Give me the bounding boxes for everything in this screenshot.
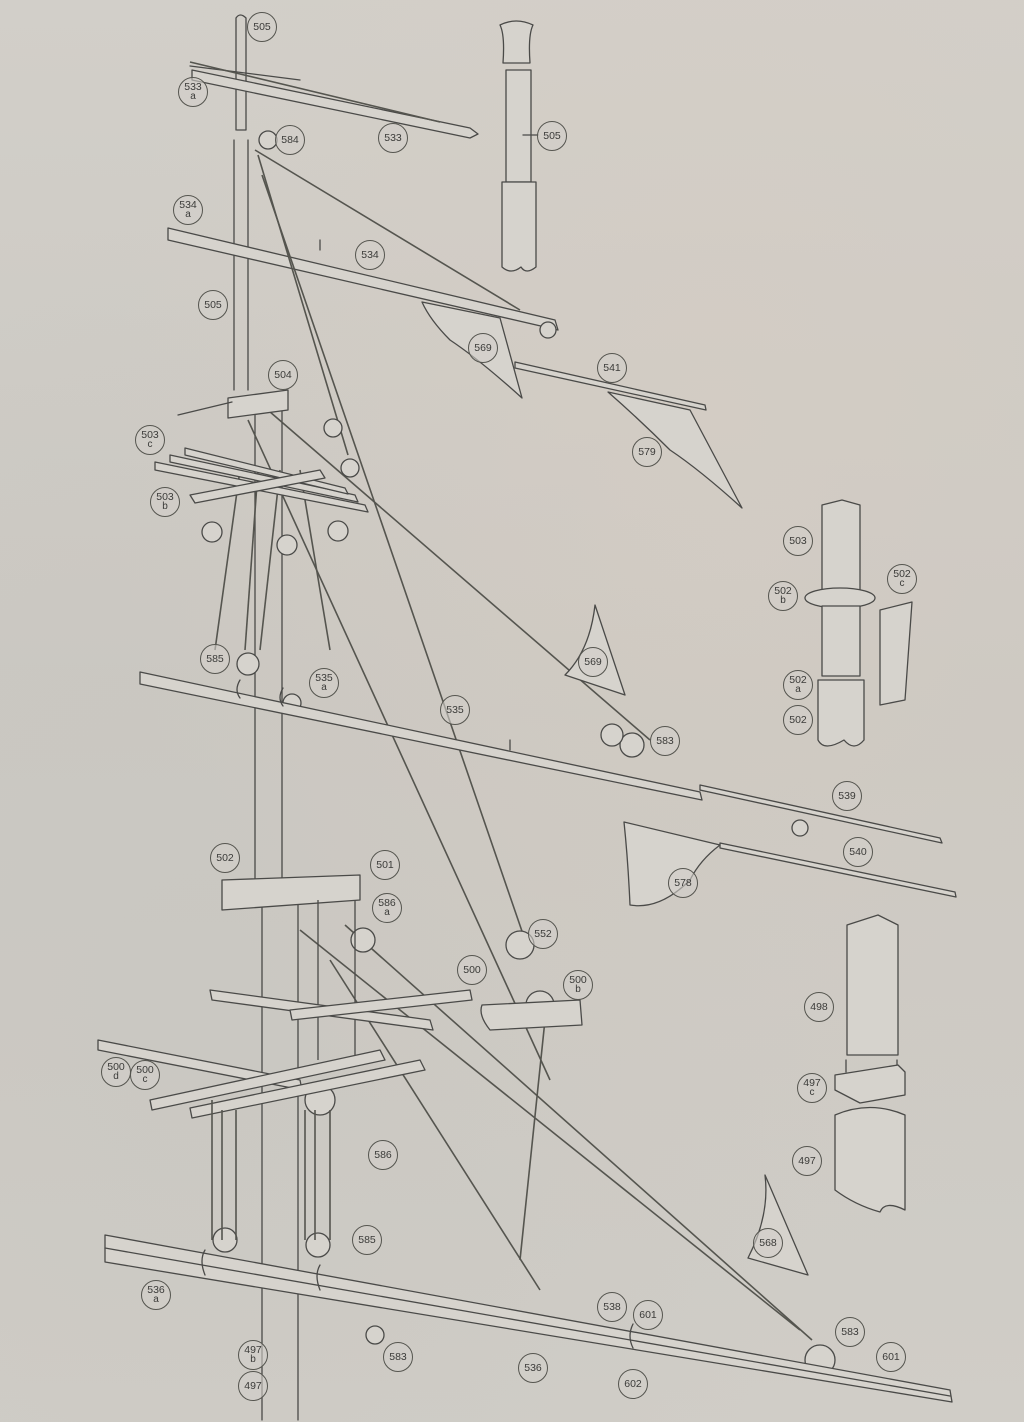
callout-number: 569	[584, 657, 602, 667]
part-callout-502-b: 502b	[768, 581, 798, 611]
callout-number: 541	[603, 363, 621, 373]
part-callout-505: 505	[537, 121, 567, 151]
boom-541	[515, 362, 742, 508]
callout-number: 497	[244, 1381, 262, 1391]
part-callout-505: 505	[198, 290, 228, 320]
part-callout-539: 539	[832, 781, 862, 811]
rigging-drawing	[0, 0, 1024, 1422]
callout-suffix: c	[143, 1075, 148, 1085]
main-mast	[234, 15, 298, 1420]
part-callout-538: 538	[597, 1292, 627, 1322]
part-callout-534-a: 534a	[173, 195, 203, 225]
callout-number: 533	[384, 133, 402, 143]
callout-number: 601	[882, 1352, 900, 1362]
callout-number: 601	[639, 1310, 657, 1320]
part-callout-569: 569	[468, 333, 498, 363]
callout-suffix: c	[148, 440, 153, 450]
part-callout-585: 585	[352, 1225, 382, 1255]
callout-number: 536	[524, 1363, 542, 1373]
callout-number: 500	[463, 965, 481, 975]
part-callout-568: 568	[753, 1228, 783, 1258]
callout-number: 498	[810, 1002, 828, 1012]
part-callout-502: 502	[783, 705, 813, 735]
part-callout-501: 501	[370, 850, 400, 880]
callout-number: 502	[789, 715, 807, 725]
callout-number: 602	[624, 1379, 642, 1389]
part-callout-536: 536	[518, 1353, 548, 1383]
part-505-exploded	[500, 21, 538, 271]
part-callout-503: 503	[783, 526, 813, 556]
callout-number: 569	[474, 343, 492, 353]
callout-suffix: a	[795, 685, 801, 695]
part-callout-502-a: 502a	[783, 670, 813, 700]
callout-suffix: a	[185, 210, 191, 220]
callout-number: 568	[759, 1238, 777, 1248]
part-callout-583: 583	[835, 1317, 865, 1347]
lower-shrouds	[212, 1100, 330, 1240]
callout-number: 585	[358, 1235, 376, 1245]
part-callout-533: 533	[378, 123, 408, 153]
callout-suffix: a	[153, 1295, 159, 1305]
part-callout-502: 502	[210, 843, 240, 873]
top-501	[222, 875, 360, 910]
callout-number: 504	[274, 370, 292, 380]
diagram-sheet: 505533a533584534a534505504503c503b569541…	[0, 0, 1024, 1422]
cap-500	[481, 1000, 582, 1030]
callout-suffix: b	[162, 502, 168, 512]
part-callout-503-b: 503b	[150, 487, 180, 517]
part-callout-585: 585	[200, 644, 230, 674]
callout-number: 534	[361, 250, 379, 260]
part-callout-586-a: 586a	[372, 893, 402, 923]
callout-suffix: b	[780, 596, 786, 606]
callout-number: 538	[603, 1302, 621, 1312]
callout-number: 503	[789, 536, 807, 546]
trestletrees-500	[98, 990, 472, 1118]
callout-number: 505	[253, 22, 271, 32]
callout-number: 578	[674, 878, 692, 888]
callout-number: 505	[543, 131, 561, 141]
cap-504	[228, 390, 288, 418]
part-callout-540: 540	[843, 837, 873, 867]
callout-number: 585	[206, 654, 224, 664]
callout-number: 502	[216, 853, 234, 863]
callout-suffix: c	[900, 579, 905, 589]
part-callout-498: 498	[804, 992, 834, 1022]
part-callout-502-c: 502c	[887, 564, 917, 594]
part-callout-601: 601	[633, 1300, 663, 1330]
callout-suffix: a	[321, 683, 327, 693]
part-callout-601: 601	[876, 1342, 906, 1372]
part-callout-535: 535	[440, 695, 470, 725]
yard-533	[190, 62, 478, 138]
part-callout-504: 504	[268, 360, 298, 390]
part-callout-552: 552	[528, 919, 558, 949]
part-callout-583: 583	[383, 1342, 413, 1372]
callout-number: 583	[656, 736, 674, 746]
part-callout-583: 583	[650, 726, 680, 756]
part-callout-500: 500	[457, 955, 487, 985]
part-callout-497: 497	[792, 1146, 822, 1176]
callout-suffix: b	[250, 1355, 256, 1365]
callout-number: 539	[838, 791, 856, 801]
part-callout-497: 497	[238, 1371, 268, 1401]
part-callout-534: 534	[355, 240, 385, 270]
part-callout-500-b: 500b	[563, 970, 593, 1000]
part-callout-533-a: 533a	[178, 77, 208, 107]
part-callout-503-c: 503c	[135, 425, 165, 455]
callout-number: 583	[389, 1352, 407, 1362]
part-callout-602: 602	[618, 1369, 648, 1399]
crosstrees-503	[155, 448, 368, 512]
callout-number: 535	[446, 705, 464, 715]
part-503-502-exploded	[805, 500, 912, 746]
callout-suffix: a	[384, 908, 390, 918]
part-callout-497-b: 497b	[238, 1340, 268, 1370]
part-callout-578: 578	[668, 868, 698, 898]
callout-suffix: c	[810, 1088, 815, 1098]
callout-number: 552	[534, 929, 552, 939]
part-callout-535-a: 535a	[309, 668, 339, 698]
callout-number: 501	[376, 860, 394, 870]
part-callout-500-d: 500d	[101, 1057, 131, 1087]
part-498-497-exploded	[835, 915, 905, 1212]
part-callout-505: 505	[247, 12, 277, 42]
part-callout-569: 569	[578, 647, 608, 677]
callout-suffix: a	[190, 92, 196, 102]
callout-suffix: d	[113, 1072, 119, 1082]
part-callout-579: 579	[632, 437, 662, 467]
callout-number: 497	[798, 1156, 816, 1166]
callout-suffix: b	[575, 985, 581, 995]
part-callout-497-c: 497c	[797, 1073, 827, 1103]
callout-number: 584	[281, 135, 299, 145]
callout-number: 540	[849, 847, 867, 857]
callout-number: 505	[204, 300, 222, 310]
callout-number: 579	[638, 447, 656, 457]
flag-568	[748, 1175, 808, 1275]
part-callout-536-a: 536a	[141, 1280, 171, 1310]
part-callout-541: 541	[597, 353, 627, 383]
part-callout-500-c: 500c	[130, 1060, 160, 1090]
part-callout-586: 586	[368, 1140, 398, 1170]
callout-number: 586	[374, 1150, 392, 1160]
part-callout-584: 584	[275, 125, 305, 155]
callout-number: 583	[841, 1327, 859, 1337]
